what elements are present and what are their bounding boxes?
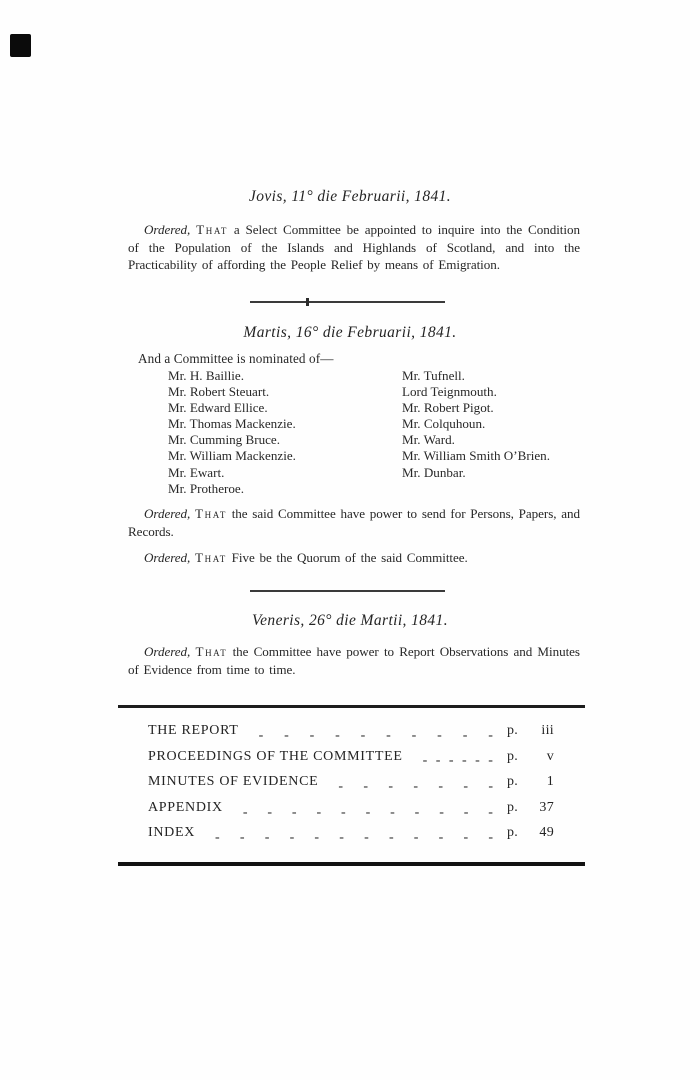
- page-prefix: p.: [507, 723, 518, 739]
- toc-label: INDEX: [148, 825, 195, 841]
- toc-label: THE REPORT: [148, 723, 239, 739]
- page-number: 49: [539, 825, 554, 841]
- table-of-contents: THE REPORT ---------- p.iii PROCEEDINGS …: [118, 705, 585, 866]
- session-heading-mar26: Veneris, 26° die Martii, 1841.: [125, 612, 575, 630]
- toc-row-proceedings: PROCEEDINGS OF THE COMMITTEE ------ p.v: [118, 749, 585, 775]
- page-number: iii: [541, 723, 554, 739]
- dash-leader: -------: [338, 779, 493, 795]
- ordered-lead: Ordered,: [144, 550, 190, 565]
- member-name: Mr. Robert Pigot.: [402, 400, 550, 416]
- member-name: Mr. Ewart.: [168, 465, 296, 481]
- toc-row-minutes: MINUTES OF EVIDENCE ------- p.1: [118, 774, 585, 800]
- member-name: Mr. Protheroe.: [168, 481, 296, 497]
- that-smallcaps: That: [195, 506, 227, 521]
- dash-leader: ----------: [259, 728, 493, 744]
- ordered-lead: Ordered,: [144, 222, 190, 237]
- that-smallcaps: That: [195, 644, 227, 659]
- order-paragraph-report: Ordered, That the Committee have power t…: [128, 643, 580, 678]
- page-number: v: [547, 749, 554, 765]
- member-name: Mr. H. Baillie.: [168, 368, 296, 384]
- page-prefix: p.: [507, 774, 518, 790]
- toc-page: p.37: [507, 800, 554, 816]
- member-name: Mr. Robert Steuart.: [168, 384, 296, 400]
- member-name: Mr. Colquhoun.: [402, 416, 550, 432]
- session-heading-feb11: Jovis, 11° die Februarii, 1841.: [125, 188, 575, 206]
- toc-page: p.v: [507, 749, 554, 765]
- member-name: Mr. Edward Ellice.: [168, 400, 296, 416]
- page-prefix: p.: [507, 825, 518, 841]
- dash-leader: ------: [423, 753, 493, 769]
- ordered-lead: Ordered,: [144, 644, 190, 659]
- document-page: Jovis, 11° die Februarii, 1841. Ordered,…: [0, 0, 700, 1080]
- section-divider: [250, 590, 445, 592]
- session-heading-feb16: Martis, 16° die Februarii, 1841.: [125, 324, 575, 342]
- page-prefix: p.: [507, 749, 518, 765]
- ordered-lead: Ordered,: [144, 506, 190, 521]
- member-name: Mr. Dunbar.: [402, 465, 550, 481]
- toc-row-report: THE REPORT ---------- p.iii: [118, 723, 585, 749]
- toc-label: MINUTES OF EVIDENCE: [148, 774, 318, 790]
- nominated-line: And a Committee is nominated of—: [138, 351, 334, 367]
- that-smallcaps: That: [195, 550, 227, 565]
- toc-page: p.49: [507, 825, 554, 841]
- member-list-right: Mr. Tufnell. Lord Teignmouth. Mr. Robert…: [402, 368, 550, 481]
- member-name: Lord Teignmouth.: [402, 384, 550, 400]
- member-name: Mr. Thomas Mackenzie.: [168, 416, 296, 432]
- member-name: Mr. Cumming Bruce.: [168, 432, 296, 448]
- dash-leader: ------------: [215, 830, 493, 846]
- member-name: Mr. William Mackenzie.: [168, 448, 296, 464]
- member-name: Mr. William Smith O’Brien.: [402, 448, 550, 464]
- order-paragraph-quorum: Ordered, That Five be the Quorum of the …: [128, 549, 580, 567]
- member-name: Mr. Tufnell.: [402, 368, 550, 384]
- toc-row-index: INDEX ------------ p.49: [118, 825, 585, 851]
- member-list-left: Mr. H. Baillie. Mr. Robert Steuart. Mr. …: [168, 368, 296, 497]
- that-smallcaps: That: [196, 222, 228, 237]
- toc-label: PROCEEDINGS OF THE COMMITTEE: [148, 749, 403, 765]
- toc-label: APPENDIX: [148, 800, 223, 816]
- page-number: 37: [539, 800, 554, 816]
- page-prefix: p.: [507, 800, 518, 816]
- section-divider: [250, 301, 445, 303]
- member-name: Mr. Ward.: [402, 432, 550, 448]
- toc-page: p.1: [507, 774, 554, 790]
- toc-row-appendix: APPENDIX ----------- p.37: [118, 800, 585, 826]
- order-paragraph-appointment: Ordered, That a Select Committee be appo…: [128, 221, 580, 274]
- scan-artifact: [10, 34, 31, 57]
- page-number: 1: [547, 774, 554, 790]
- order-text: Five be the Quorum of the said Committee…: [232, 550, 468, 565]
- divider-ornament: [306, 298, 309, 306]
- toc-page: p.iii: [507, 723, 554, 739]
- dash-leader: -----------: [243, 805, 493, 821]
- order-paragraph-papers: Ordered, That the said Committee have po…: [128, 505, 580, 540]
